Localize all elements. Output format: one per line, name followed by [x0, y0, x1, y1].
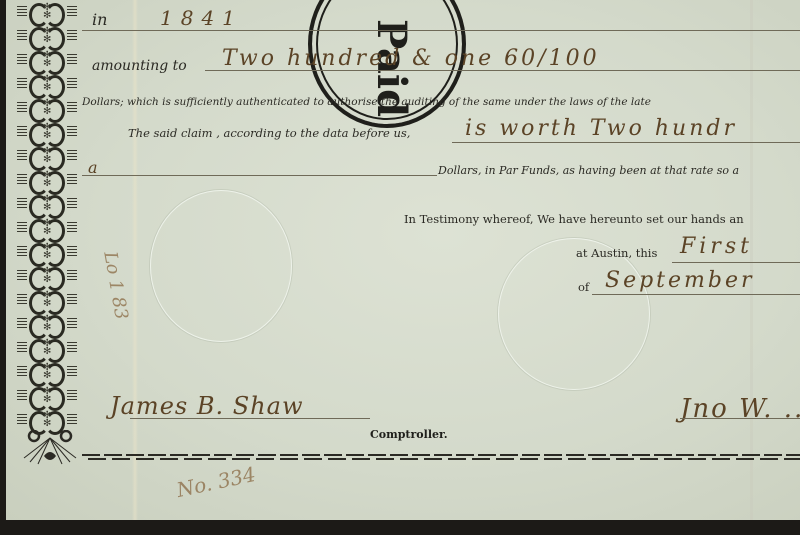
- border-ornament-icon: ✻✻: [17, 216, 77, 240]
- day-value: First: [680, 234, 753, 259]
- amount-rule: [205, 70, 800, 71]
- border-ornament-icon: ✻✻: [17, 312, 77, 336]
- year-rule: [82, 30, 800, 31]
- day-rule: [672, 262, 800, 263]
- border-ornament-icon: ✻✻: [17, 144, 77, 168]
- par-funds-rule: [82, 175, 437, 176]
- border-ornament-icon: ✻✻: [17, 48, 77, 72]
- border-ornament-icon: ✻✻: [17, 240, 77, 264]
- border-ornament-icon: ✻✻: [17, 336, 77, 360]
- testimony-clause: In Testimony whereof, We have hereunto s…: [404, 212, 744, 226]
- right-signature-rule: [680, 418, 800, 419]
- said-claim-value: is worth Two hundr: [465, 116, 737, 141]
- fold-crease: [132, 0, 138, 520]
- comptroller-title: Comptroller.: [370, 428, 448, 441]
- right-signature: Jno W. ...: [680, 394, 800, 424]
- border-ornament-icon: ✻✻: [17, 408, 77, 432]
- bottom-dashed-rule: [82, 454, 800, 460]
- border-ornament-icon: ✻✻: [17, 120, 77, 144]
- border-ornament-icon: ✻✻: [17, 96, 77, 120]
- of-label: of: [578, 280, 589, 294]
- said-claim-rule: [452, 142, 800, 143]
- border-ornament-icon: ✻✻: [17, 192, 77, 216]
- embossed-seal-left: [150, 190, 292, 342]
- border-ornament-icon: ✻✻: [17, 360, 77, 384]
- border-ornament-icon: ✻✻: [17, 168, 77, 192]
- border-ornament-icon: ✻✻: [17, 72, 77, 96]
- month-value: September: [605, 268, 755, 293]
- month-rule: [592, 294, 800, 295]
- dollars-clause: Dollars; which is sufficiently authentic…: [82, 96, 651, 108]
- said-claim-label: The said claim , according to the data b…: [128, 126, 410, 140]
- year-value: 1841: [160, 6, 243, 30]
- fold-crease-right: [750, 0, 753, 520]
- year-prefix: in: [92, 10, 107, 29]
- par-funds-clause: Dollars, in Par Funds, as having been at…: [438, 164, 739, 177]
- border-ornament-icon: ✻✻: [17, 24, 77, 48]
- border-ornament-icon: ✻✻: [17, 264, 77, 288]
- border-ornament-icon: ✻✻: [17, 384, 77, 408]
- comptroller-signature: James B. Shaw: [110, 392, 303, 420]
- ornamental-border: ✻✻✻✻✻✻✻✻✻✻✻✻✻✻✻✻✻✻✻✻✻✻✻✻✻✻✻✻✻✻✻✻✻✻✻✻: [14, 0, 80, 460]
- comptroller-signature-rule: [130, 418, 370, 419]
- border-ornament-icon: ✻✻: [17, 288, 77, 312]
- border-ornament-icon: ✻✻: [17, 0, 77, 24]
- ornament-sunburst-icon: [20, 430, 80, 466]
- amount-written-value: Two hundred & one 60/100: [222, 46, 600, 71]
- amounting-label: amounting to: [92, 58, 187, 74]
- embossed-seal-right: [498, 238, 650, 390]
- at-austin-label: at Austin, this: [576, 246, 657, 260]
